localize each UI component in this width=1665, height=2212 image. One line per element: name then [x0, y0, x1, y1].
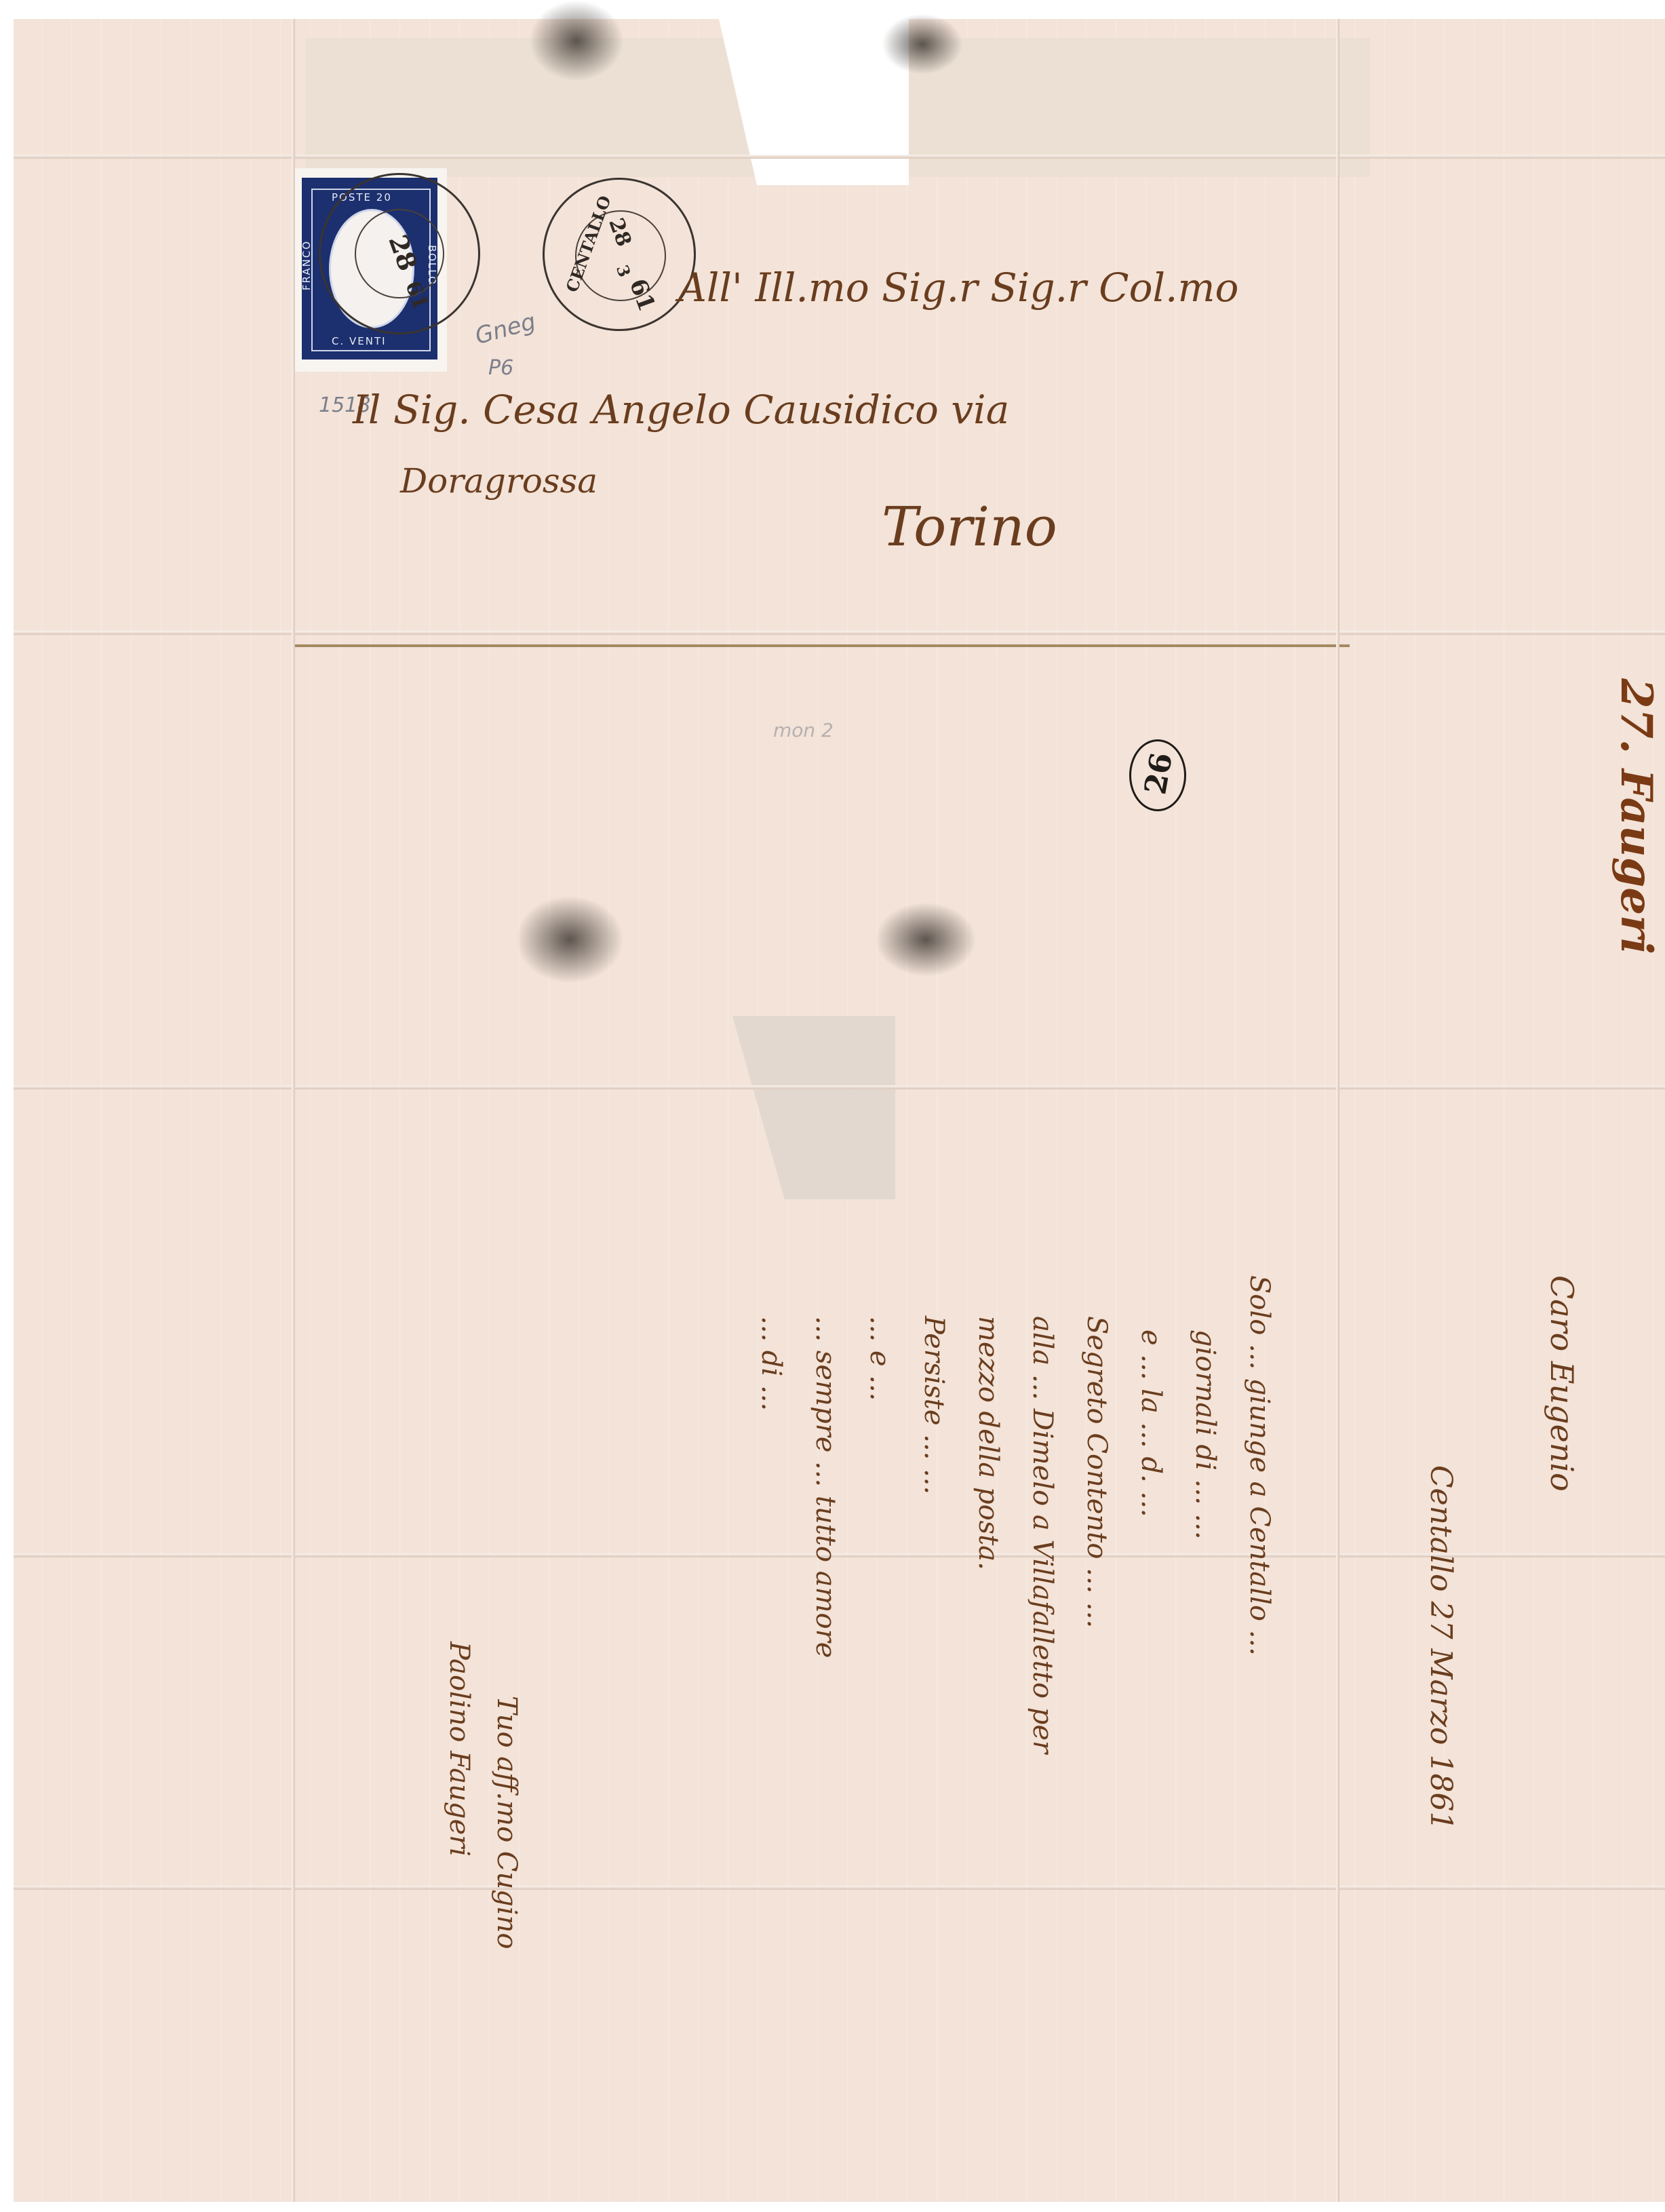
fold-vertical-right	[1336, 19, 1339, 2202]
letter-body-line-8: ... e ...	[864, 1316, 895, 1401]
letter-body-line-1: Solo ... giunge a Centallo ...	[1244, 1275, 1275, 1656]
stamp-left-text: FRANCO	[300, 240, 313, 290]
fold-edge-brown	[292, 644, 1350, 647]
letter-salutation: Caro Eugenio	[1544, 1275, 1580, 1492]
docket-note: 27. Faugeri	[1611, 678, 1662, 954]
partial-postmark-top-right	[882, 14, 963, 75]
letter-sheet	[14, 19, 1665, 2202]
partial-postmark-back-left	[515, 895, 624, 984]
partial-postmark-top-left	[529, 0, 624, 81]
seal-paper-patch	[732, 1016, 895, 1199]
letter-body-line-6: mezzo della posta.	[973, 1316, 1004, 1570]
letter-place-date: Centallo 27 Marzo 1861	[1424, 1465, 1458, 1831]
letter-body-line-5: alla ... Dimelo a Villafalletto per	[1027, 1316, 1058, 1753]
address-line-3: Doragrossa	[400, 461, 598, 501]
letter-body-line-10: ... di ...	[756, 1316, 787, 1411]
numeral-value: 26	[1138, 750, 1179, 797]
address-line-1: All' Ill.mo Sig.r Sig.r Col.mo	[678, 265, 1238, 311]
letter-body-line-2: giornali di ... ...	[1190, 1330, 1221, 1540]
partial-postmark-back-right	[875, 902, 977, 977]
letter-closing: Tuo aff.mo Cugino	[491, 1696, 522, 1949]
letter-body-line-7: Persiste ... ...	[918, 1316, 949, 1494]
fold-line-top	[14, 155, 1665, 159]
address-city: Torino	[882, 495, 1057, 558]
address-line-2: Il Sig. Cesa Angelo Causidico via	[353, 387, 1009, 433]
pencil-note-center: mon 2	[773, 719, 834, 741]
postmark-on-stamp: 28 61	[319, 173, 480, 334]
letter-body-line-4: Segreto Contento ... ...	[1081, 1316, 1112, 1628]
letter-signature: Paolino Faugeri	[444, 1642, 475, 1857]
numeral-oval-postmark: 26	[1129, 739, 1186, 811]
letter-body-line-9: ... sempre ... tutto amore	[810, 1316, 841, 1658]
letter-body-line-3: e ... la ... d. ...	[1135, 1330, 1167, 1517]
fold-line-bottom	[14, 1886, 1665, 1890]
postmark-centallo: CENTALLO 28 3 61	[543, 178, 696, 331]
pencil-note-2: P6	[488, 356, 513, 380]
stamp-bottom-text: C. VENTI	[332, 335, 387, 347]
fold-line-upper	[14, 631, 1665, 635]
fold-line-middle	[14, 1085, 1665, 1089]
